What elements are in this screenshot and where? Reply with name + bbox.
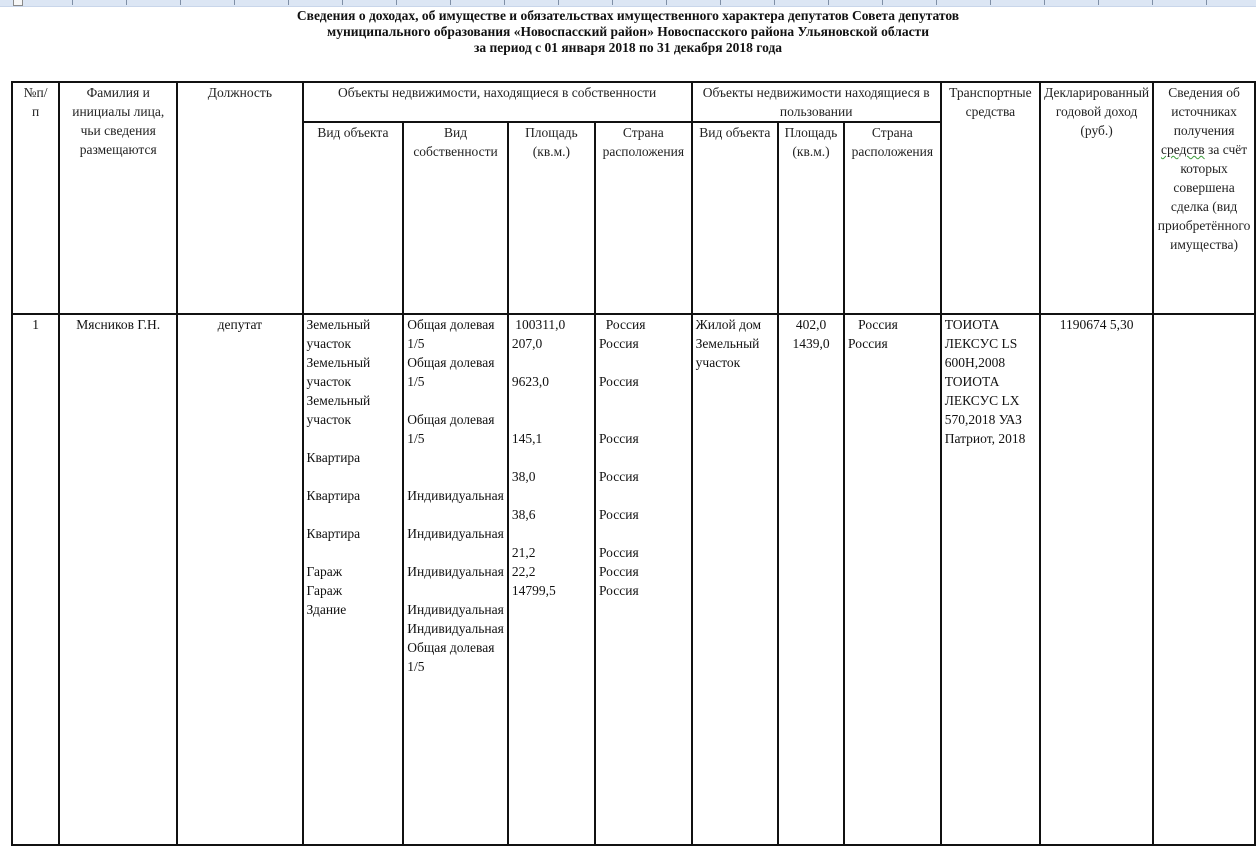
ruler-tick xyxy=(288,0,289,5)
table-row: 1 Мясников Г.Н. депутат Земельный участо… xyxy=(12,314,1255,845)
ruler-indent-marker[interactable] xyxy=(13,0,23,6)
header-sources-text-a: Сведения об источниках получения xyxy=(1168,85,1240,138)
header-owned-group: Объекты недвижимости, находящиеся в собс… xyxy=(303,82,692,122)
cell-used-area: 402,0 1439,0 xyxy=(778,314,844,845)
cell-sources xyxy=(1153,314,1255,845)
header-owned-type: Вид объекта xyxy=(303,122,404,314)
ruler-tick xyxy=(1206,0,1207,5)
header-num-text-a: №п/ xyxy=(24,85,48,100)
cell-owned-area: 100311,0 207,0 9623,0 145,1 38,0 38,6 21… xyxy=(508,314,595,845)
declaration-table: №п/ п Фамилия и инициалы лица, чьи сведе… xyxy=(11,81,1256,846)
header-name: Фамилия и инициалы лица, чьи сведения ра… xyxy=(59,82,177,314)
header-sources-text-b: средств xyxy=(1161,142,1205,157)
header-income: Декларированный годовой доход (руб.) xyxy=(1040,82,1153,314)
header-used-type: Вид объекта xyxy=(692,122,778,314)
cell-income: 1190674 5,30 xyxy=(1040,314,1153,845)
ruler-tick xyxy=(990,0,991,5)
header-vehicles: Транспортные средства xyxy=(941,82,1040,314)
header-sources: Сведения об источниках получения средств… xyxy=(1153,82,1255,314)
cell-position: депутат xyxy=(177,314,302,845)
ruler-tick xyxy=(126,0,127,5)
ruler-tick xyxy=(1098,0,1099,5)
cell-owned-type: Земельный участок Земельный участок Земе… xyxy=(303,314,404,845)
title-line-2: муниципального образования «Новоспасский… xyxy=(0,24,1256,40)
ruler-tick xyxy=(612,0,613,5)
ruler-tick xyxy=(72,0,73,5)
header-owned-area: Площадь (кв.м.) xyxy=(508,122,595,314)
ruler-tick xyxy=(936,0,937,5)
ruler-tick xyxy=(396,0,397,5)
header-num-text-b: п xyxy=(16,102,55,121)
header-sources-text-c: за счёт которых совершена сделка (вид пр… xyxy=(1158,142,1251,252)
ruler-tick xyxy=(180,0,181,5)
ruler-tick xyxy=(774,0,775,5)
ruler xyxy=(0,0,1256,7)
cell-owned-country: Россия Россия Россия Россия Россия Росси… xyxy=(595,314,692,845)
title-line-1: Сведения о доходах, об имуществе и обяза… xyxy=(0,8,1256,24)
ruler-tick xyxy=(558,0,559,5)
header-used-country: Страна расположения xyxy=(844,122,941,314)
cell-owned-ownership: Общая долевая 1/5 Общая долевая 1/5 Обща… xyxy=(403,314,508,845)
ruler-tick xyxy=(828,0,829,5)
document-title: Сведения о доходах, об имуществе и обяза… xyxy=(0,8,1256,56)
ruler-tick xyxy=(666,0,667,5)
header-used-group: Объекты недвижимости находящиеся в польз… xyxy=(692,82,941,122)
title-line-3: за период с 01 января 2018 по 31 декабря… xyxy=(0,40,1256,56)
cell-vehicles: ТОИОТА ЛЕКСУС LS 600H,2008 ТОИОТА ЛЕКСУС… xyxy=(941,314,1040,845)
cell-used-type: Жилой дом Земельный участок xyxy=(692,314,778,845)
header-owned-country: Страна расположения xyxy=(595,122,692,314)
cell-name: Мясников Г.Н. xyxy=(59,314,177,845)
ruler-tick xyxy=(720,0,721,5)
ruler-tick xyxy=(504,0,505,5)
header-used-area: Площадь (кв.м.) xyxy=(778,122,844,314)
ruler-tick xyxy=(1044,0,1045,5)
header-position: Должность xyxy=(177,82,302,314)
ruler-tick xyxy=(882,0,883,5)
header-owned-ownership: Вид собственности xyxy=(403,122,508,314)
ruler-tick xyxy=(450,0,451,5)
ruler-tick xyxy=(1152,0,1153,5)
ruler-tick xyxy=(342,0,343,5)
header-num: №п/ п xyxy=(12,82,59,314)
ruler-tick xyxy=(234,0,235,5)
cell-used-country: Россия Россия xyxy=(844,314,941,845)
cell-num: 1 xyxy=(12,314,59,845)
